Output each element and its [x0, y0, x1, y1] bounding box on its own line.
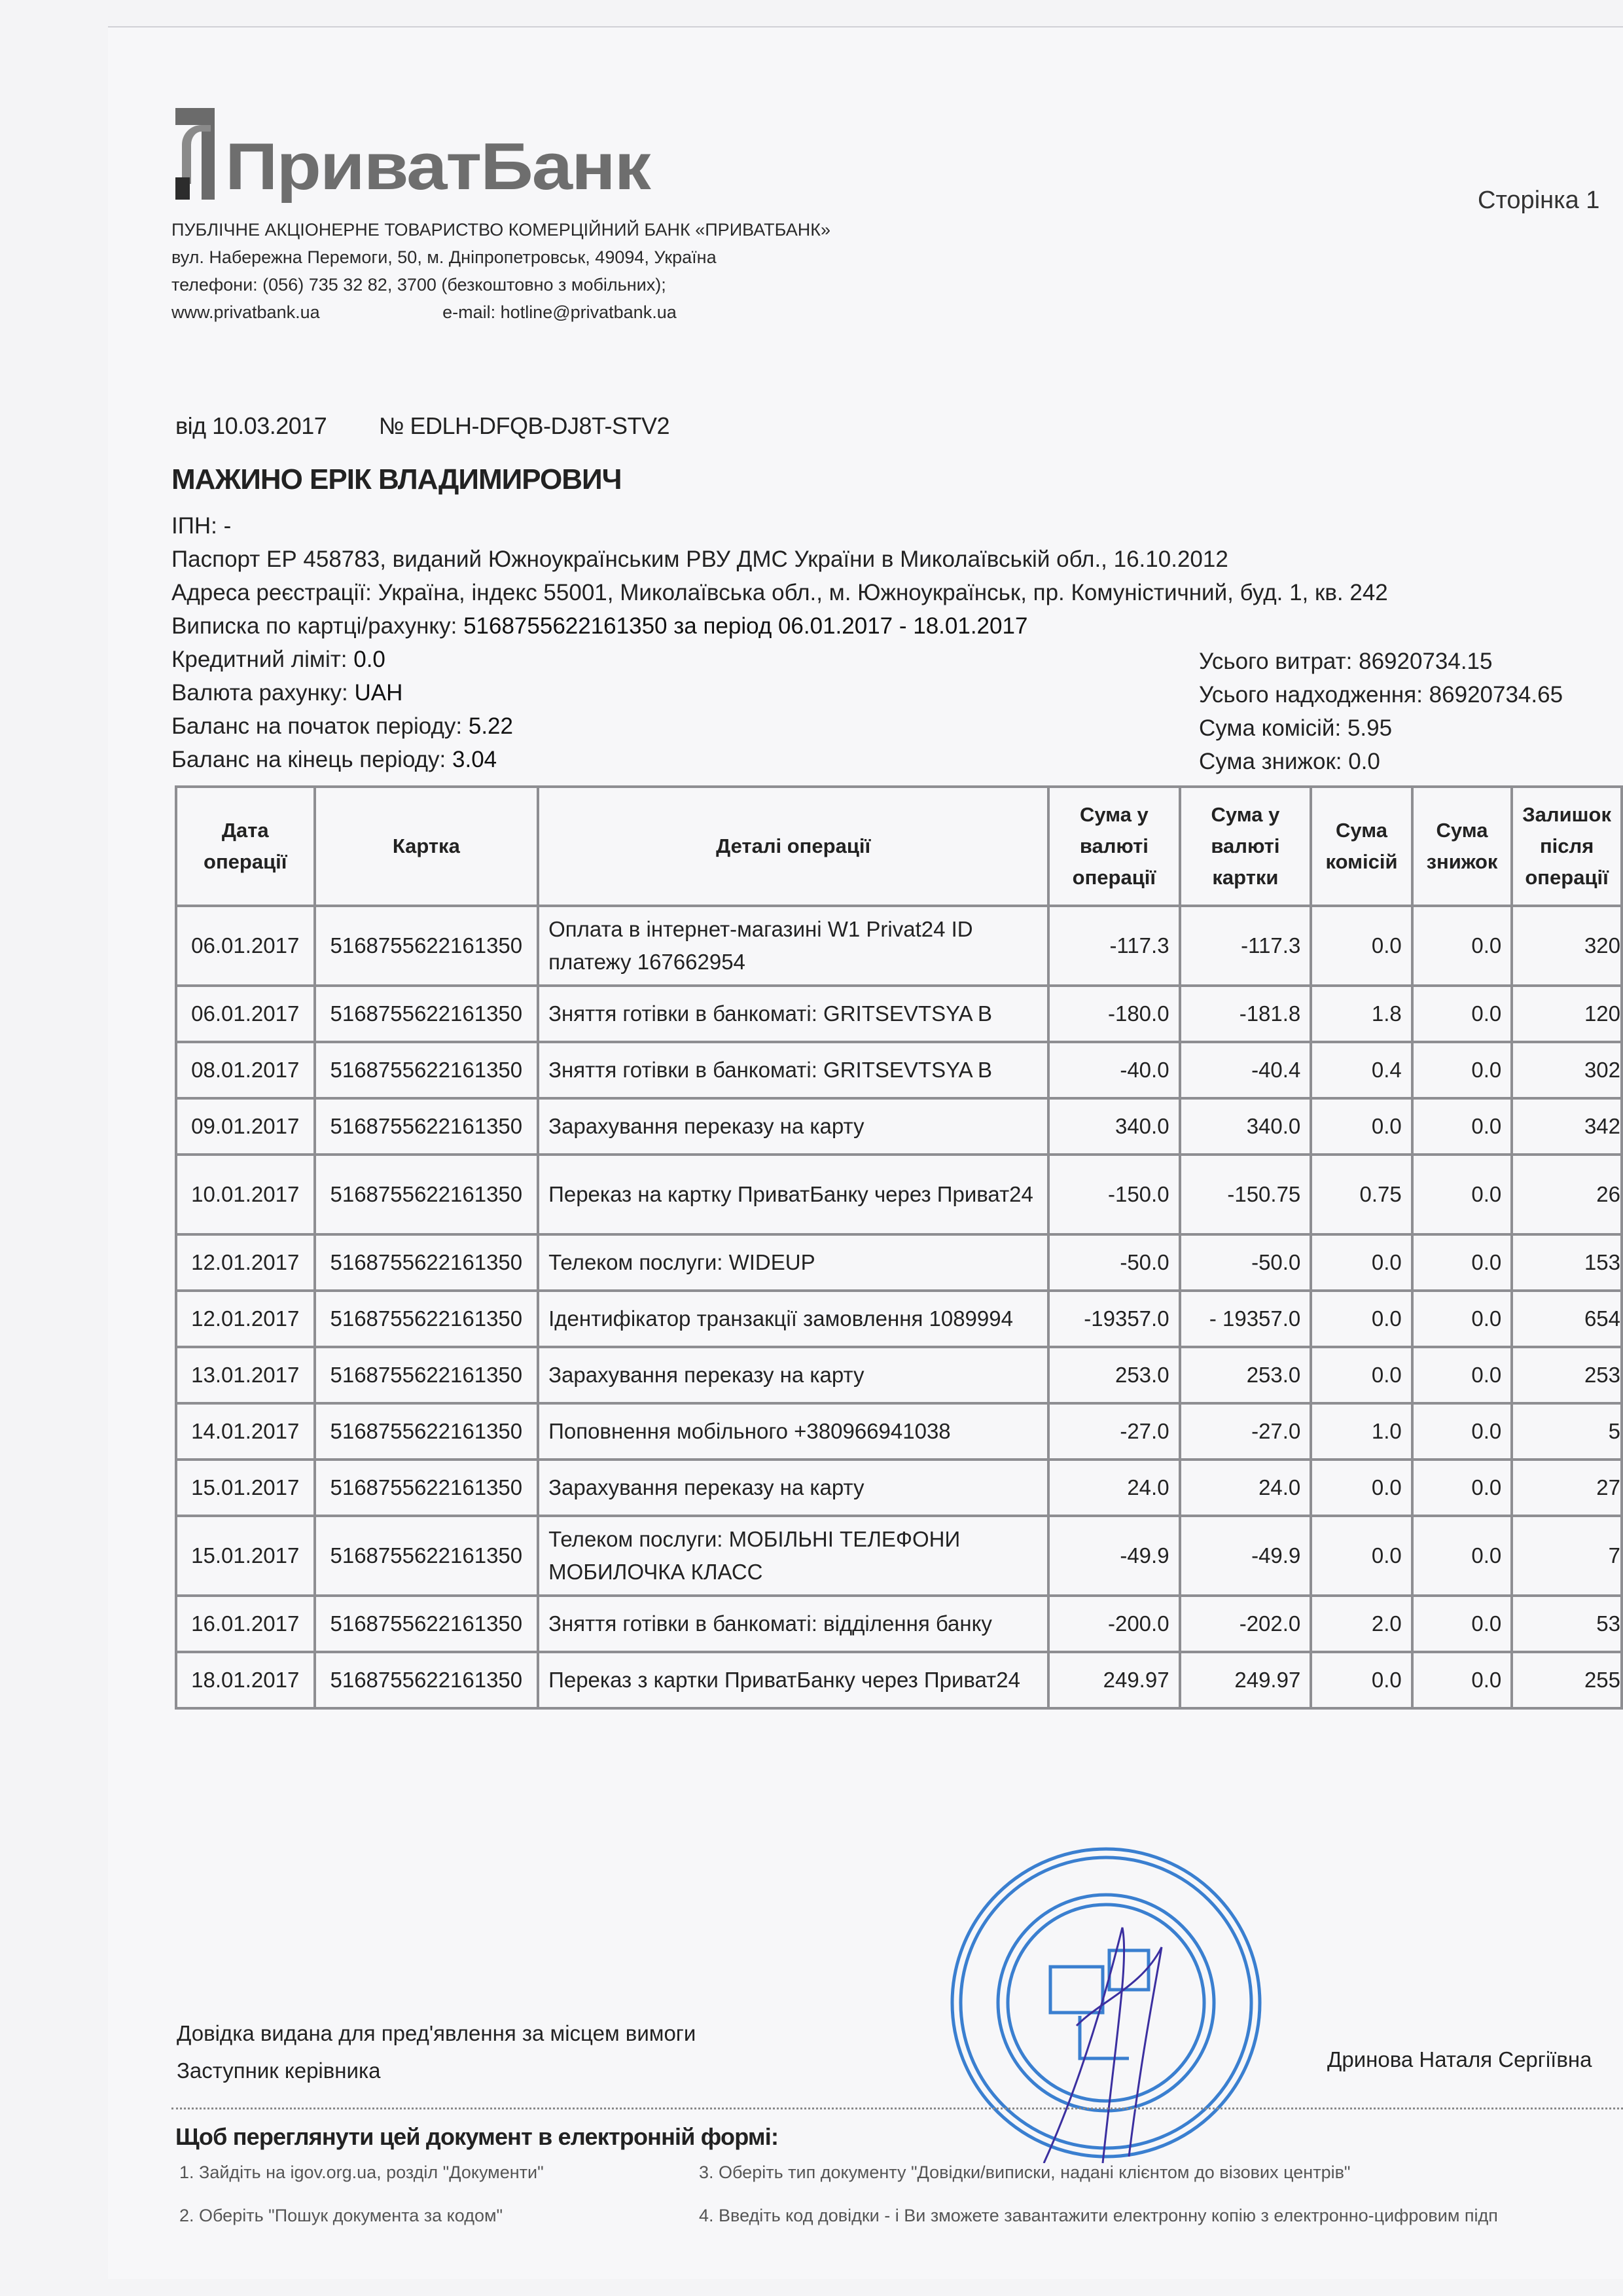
document-number: № EDLH-DFQB-DJ8T-STV2 [379, 412, 669, 439]
row-card-amount: - 19357.0 [1180, 1291, 1311, 1347]
row-commission: 0.75 [1311, 1155, 1412, 1234]
row-balance: 53 [1512, 1596, 1622, 1652]
row-op-amount: -150.0 [1048, 1155, 1179, 1234]
row-details: Переказ з картки ПриватБанку через Прива… [538, 1652, 1048, 1708]
row-discount: 0.0 [1412, 1460, 1512, 1516]
row-card-amount: -40.4 [1180, 1042, 1311, 1098]
table-row: 14.01.20175168755622161350Поповнення моб… [176, 1403, 1622, 1460]
client-ipn: ІПН: - [171, 509, 1388, 543]
row-op-amount: -27.0 [1048, 1403, 1179, 1460]
row-details: Зняття готівки в банкоматі: відділення б… [538, 1596, 1048, 1652]
row-card: 5168755622161350 [315, 1155, 539, 1234]
row-card-amount: -181.8 [1180, 986, 1311, 1042]
client-name: МАЖИНО ЕРІК ВЛАДИМИРОВИЧ [171, 463, 622, 496]
row-date: 15.01.2017 [176, 1460, 315, 1516]
table-row: 15.01.20175168755622161350Телеком послуг… [176, 1516, 1622, 1596]
row-details: Зняття готівки в банкоматі: GRITSEVTSYA … [538, 986, 1048, 1042]
signer-name: Дринова Наталя Сергіївна [1327, 2047, 1592, 2072]
bank-details: ПУБЛІЧНЕ АКЦІОНЕРНЕ ТОВАРИСТВО КОМЕРЦІЙН… [171, 216, 830, 326]
row-date: 06.01.2017 [176, 986, 315, 1042]
row-date: 14.01.2017 [176, 1403, 315, 1460]
row-details: Телеком послуги: МОБІЛЬНІ ТЕЛЕФОНИ МОБИЛ… [538, 1516, 1048, 1596]
row-balance: 120 [1512, 986, 1622, 1042]
row-details: Поповнення мобільного +380966941038 [538, 1403, 1048, 1460]
row-discount: 0.0 [1412, 1347, 1512, 1403]
row-card: 5168755622161350 [315, 906, 539, 986]
table-header-row: Дата операції Картка Деталі операції Сум… [176, 787, 1622, 906]
row-discount: 0.0 [1412, 1403, 1512, 1460]
row-details: Ідентифікатор транзакції замовлення 1089… [538, 1291, 1048, 1347]
row-card-amount: -27.0 [1180, 1403, 1311, 1460]
table-row: 13.01.20175168755622161350Зарахування пе… [176, 1347, 1622, 1403]
row-date: 13.01.2017 [176, 1347, 315, 1403]
discounts-value: 0.0 [1348, 749, 1380, 774]
table-row: 12.01.20175168755622161350Телеком послуг… [176, 1234, 1622, 1291]
bank-website: www.privatbank.ua [171, 302, 320, 322]
row-balance: 253 [1512, 1347, 1622, 1403]
table-row: 08.01.20175168755622161350Зняття готівки… [176, 1042, 1622, 1098]
row-date: 09.01.2017 [176, 1098, 315, 1155]
commissions-value: 5.95 [1347, 715, 1392, 741]
row-date: 16.01.2017 [176, 1596, 315, 1652]
row-balance: 26 [1512, 1155, 1622, 1234]
row-card-amount: 253.0 [1180, 1347, 1311, 1403]
row-details: Зарахування переказу на карту [538, 1460, 1048, 1516]
row-card: 5168755622161350 [315, 1516, 539, 1596]
total-spent-label: Усього витрат: [1199, 649, 1352, 674]
col-header-op-amount: Сума у валюті операції [1048, 787, 1179, 906]
row-commission: 2.0 [1311, 1596, 1412, 1652]
privatbank-logo-icon [175, 108, 215, 200]
row-card-amount: -49.9 [1180, 1516, 1311, 1596]
col-header-commission: Сума комісій [1311, 787, 1412, 906]
row-balance: 320 [1512, 906, 1622, 986]
eform-step-4: 4. Введіть код довідки - і Ви зможете за… [699, 2206, 1498, 2226]
col-header-card-amount: Сума у валюті картки [1180, 787, 1311, 906]
row-card-amount: -50.0 [1180, 1234, 1311, 1291]
row-details: Переказ на картку ПриватБанку через Прив… [538, 1155, 1048, 1234]
client-passport: Паспорт ЕР 458783, виданий Южноукраїнськ… [171, 543, 1388, 576]
credit-limit-value: 0.0 [353, 647, 385, 672]
bank-email: e-mail: hotline@privatbank.ua [442, 302, 677, 322]
row-op-amount: -19357.0 [1048, 1291, 1179, 1347]
row-date: 06.01.2017 [176, 906, 315, 986]
table-row: 12.01.20175168755622161350Ідентифікатор … [176, 1291, 1622, 1347]
row-commission: 0.0 [1311, 906, 1412, 986]
col-header-card: Картка [315, 787, 539, 906]
row-commission: 0.0 [1311, 1291, 1412, 1347]
table-row: 09.01.20175168755622161350Зарахування пе… [176, 1098, 1622, 1155]
currency-label: Валюта рахунку: [171, 680, 348, 706]
row-discount: 0.0 [1412, 1596, 1512, 1652]
row-op-amount: -49.9 [1048, 1516, 1179, 1596]
row-details: Телеком послуги: WIDEUP [538, 1234, 1048, 1291]
table-row: 06.01.20175168755622161350Зняття готівки… [176, 986, 1622, 1042]
bank-phones: телефони: (056) 735 32 82, 3700 (безкошт… [171, 271, 830, 298]
issuance-note: Довідка видана для пред'явлення за місце… [177, 2015, 696, 2089]
row-commission: 1.0 [1311, 1403, 1412, 1460]
table-row: 06.01.20175168755622161350Оплата в інтер… [176, 906, 1622, 986]
row-balance: 255 [1512, 1652, 1622, 1708]
issued-for: Довідка видана для пред'явлення за місце… [177, 2015, 696, 2052]
row-card: 5168755622161350 [315, 1234, 539, 1291]
row-date: 12.01.2017 [176, 1291, 315, 1347]
table-row: 16.01.20175168755622161350Зняття готівки… [176, 1596, 1622, 1652]
row-card: 5168755622161350 [315, 1042, 539, 1098]
row-op-amount: -180.0 [1048, 986, 1179, 1042]
document-reference: від 10.03.2017 № EDLH-DFQB-DJ8T-STV2 [175, 412, 669, 440]
row-op-amount: -117.3 [1048, 906, 1179, 986]
row-details: Зарахування переказу на карту [538, 1098, 1048, 1155]
eform-step-1: 1. Зайдіть на igov.org.ua, розділ "Докум… [179, 2162, 544, 2183]
eform-title: Щоб переглянути цей документ в електронн… [175, 2123, 1623, 2151]
discounts-label: Сума знижок: [1199, 749, 1342, 774]
row-commission: 1.8 [1311, 986, 1412, 1042]
col-header-details: Деталі операції [538, 787, 1048, 906]
row-balance: 342 [1512, 1098, 1622, 1155]
row-details: Зарахування переказу на карту [538, 1347, 1048, 1403]
page-number: Сторінка 1 [1478, 187, 1599, 215]
bank-logo-text: ПриватБанк [225, 134, 650, 200]
row-balance: 5 [1512, 1403, 1622, 1460]
row-commission: 0.0 [1311, 1516, 1412, 1596]
row-op-amount: 249.97 [1048, 1652, 1179, 1708]
table-row: 15.01.20175168755622161350Зарахування пе… [176, 1460, 1622, 1516]
row-discount: 0.0 [1412, 1042, 1512, 1098]
col-header-discount: Сума знижок [1412, 787, 1512, 906]
row-commission: 0.0 [1311, 1234, 1412, 1291]
row-card: 5168755622161350 [315, 1347, 539, 1403]
row-discount: 0.0 [1412, 1652, 1512, 1708]
row-date: 18.01.2017 [176, 1652, 315, 1708]
bank-stamp-icon [946, 1842, 1266, 2163]
electronic-form-instructions: Щоб переглянути цей документ в електронн… [175, 2123, 1623, 2241]
row-op-amount: -200.0 [1048, 1596, 1179, 1652]
bank-full-name: ПУБЛІЧНЕ АКЦІОНЕРНЕ ТОВАРИСТВО КОМЕРЦІЙН… [171, 216, 830, 243]
row-commission: 0.0 [1311, 1652, 1412, 1708]
row-balance: 7 [1512, 1516, 1622, 1596]
row-card: 5168755622161350 [315, 1403, 539, 1460]
row-discount: 0.0 [1412, 1155, 1512, 1234]
client-address: Адреса реєстрації: Україна, індекс 55001… [171, 576, 1388, 609]
row-balance: 654 [1512, 1291, 1622, 1347]
row-date: 08.01.2017 [176, 1042, 315, 1098]
row-details: Зняття готівки в банкоматі: GRITSEVTSYA … [538, 1042, 1048, 1098]
opening-balance-label: Баланс на початок періоду: [171, 713, 462, 739]
closing-balance-value: 3.04 [452, 747, 497, 772]
row-card-amount: -117.3 [1180, 906, 1311, 986]
row-date: 12.01.2017 [176, 1234, 315, 1291]
document-date: від 10.03.2017 [175, 412, 327, 439]
footer-divider [171, 2108, 1623, 2109]
row-card: 5168755622161350 [315, 1291, 539, 1347]
currency-value: UAH [354, 680, 402, 706]
row-discount: 0.0 [1412, 1516, 1512, 1596]
row-op-amount: -50.0 [1048, 1234, 1179, 1291]
row-card: 5168755622161350 [315, 1652, 539, 1708]
col-header-balance: Залишок після операції [1512, 787, 1622, 906]
table-row: 10.01.20175168755622161350Переказ на кар… [176, 1155, 1622, 1234]
transactions-body: 06.01.20175168755622161350Оплата в інтер… [176, 906, 1622, 1708]
eform-step-2: 2. Оберіть "Пошук документа за кодом" [179, 2206, 503, 2226]
row-commission: 0.0 [1311, 1098, 1412, 1155]
row-discount: 0.0 [1412, 986, 1512, 1042]
row-op-amount: 340.0 [1048, 1098, 1179, 1155]
row-discount: 0.0 [1412, 1098, 1512, 1155]
row-card: 5168755622161350 [315, 1098, 539, 1155]
row-balance: 302 [1512, 1042, 1622, 1098]
row-card-amount: -202.0 [1180, 1596, 1311, 1652]
transactions-table: Дата операції Картка Деталі операції Сум… [175, 785, 1623, 1710]
row-card-amount: -150.75 [1180, 1155, 1311, 1234]
statement-summary: Усього витрат: 86920734.15 Усього надход… [1199, 645, 1563, 778]
statement-card-period: 5168755622161350 за період 06.01.2017 - … [463, 613, 1027, 639]
row-discount: 0.0 [1412, 1234, 1512, 1291]
col-header-date: Дата операції [176, 787, 315, 906]
row-date: 15.01.2017 [176, 1516, 315, 1596]
row-details: Оплата в інтернет-магазині W1 Privat24 I… [538, 906, 1048, 986]
credit-limit-label: Кредитний ліміт: [171, 647, 348, 672]
row-balance: 27 [1512, 1460, 1622, 1516]
total-spent-value: 86920734.15 [1359, 649, 1492, 674]
row-op-amount: 24.0 [1048, 1460, 1179, 1516]
table-row: 18.01.20175168755622161350Переказ з карт… [176, 1652, 1622, 1708]
row-card: 5168755622161350 [315, 1460, 539, 1516]
row-balance: 153 [1512, 1234, 1622, 1291]
bank-logo: ПриватБанк [175, 108, 650, 200]
row-date: 10.01.2017 [176, 1155, 315, 1234]
row-card-amount: 249.97 [1180, 1652, 1311, 1708]
closing-balance-label: Баланс на кінець періоду: [171, 747, 446, 772]
row-card: 5168755622161350 [315, 1596, 539, 1652]
row-commission: 0.0 [1311, 1460, 1412, 1516]
eform-step-3: 3. Оберіть тип документу "Довідки/виписк… [699, 2162, 1351, 2183]
row-commission: 0.4 [1311, 1042, 1412, 1098]
total-income-label: Усього надходження: [1199, 682, 1423, 708]
total-income-value: 86920734.65 [1429, 682, 1563, 708]
statement-label: Виписка по картці/рахунку: [171, 613, 457, 639]
row-card: 5168755622161350 [315, 986, 539, 1042]
row-card-amount: 24.0 [1180, 1460, 1311, 1516]
row-commission: 0.0 [1311, 1347, 1412, 1403]
bank-address: вул. Набережна Перемоги, 50, м. Дніпропе… [171, 243, 830, 271]
commissions-label: Сума комісій: [1199, 715, 1341, 741]
row-card-amount: 340.0 [1180, 1098, 1311, 1155]
row-op-amount: -40.0 [1048, 1042, 1179, 1098]
statement-line: Виписка по картці/рахунку: 5168755622161… [171, 609, 1388, 643]
opening-balance-value: 5.22 [469, 713, 513, 739]
row-discount: 0.0 [1412, 906, 1512, 986]
signer-position: Заступник керівника [177, 2052, 696, 2089]
row-discount: 0.0 [1412, 1291, 1512, 1347]
row-op-amount: 253.0 [1048, 1347, 1179, 1403]
